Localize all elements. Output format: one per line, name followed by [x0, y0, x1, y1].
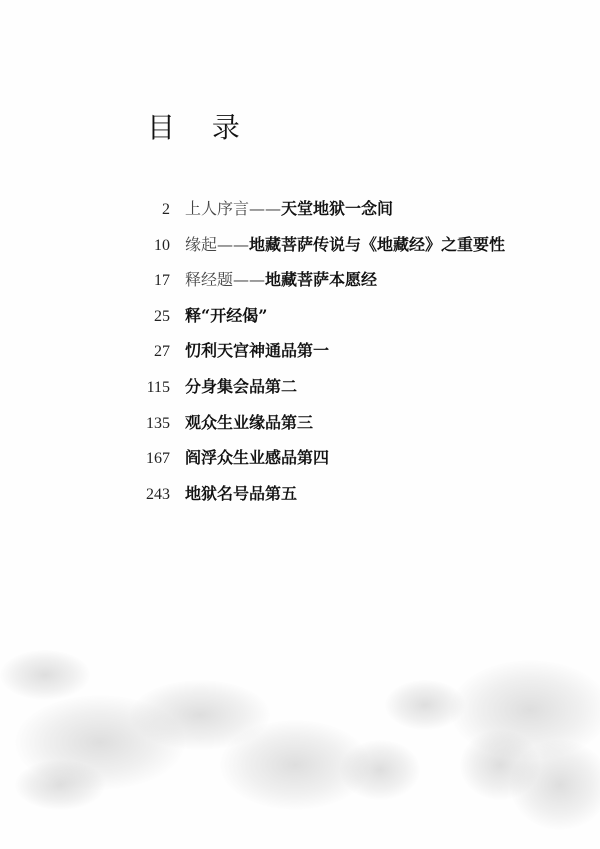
mist-mountain-illustration	[0, 640, 600, 840]
toc-entry[interactable]: 2 上人序言——天堂地狱一念间	[130, 198, 505, 234]
toc-page-number: 243	[130, 484, 170, 506]
toc-entry-title: 释经题——地藏菩萨本愿经	[185, 269, 377, 291]
toc-entry[interactable]: 25 释“开经偈”	[130, 305, 505, 341]
toc-entry-title: 地狱名号品第五	[185, 483, 297, 505]
toc-entry[interactable]: 167 阎浮众生业感品第四	[130, 447, 505, 483]
toc-entry-title: 观众生业缘品第三	[185, 412, 313, 434]
mist-patch	[15, 695, 185, 790]
toc-entry-main: 地狱名号品第五	[185, 484, 297, 503]
toc-entry[interactable]: 243 地狱名号品第五	[130, 483, 505, 519]
toc-entry-prefix: 上人序言——	[185, 199, 281, 218]
toc-entry-main: 分身集会品第二	[185, 377, 297, 396]
mist-patch	[340, 740, 420, 800]
book-page: 目 录 2 上人序言——天堂地狱一念间 10 缘起——地藏菩萨传说与《地藏经》之…	[0, 0, 600, 849]
toc-entry-prefix: 释经题——	[185, 270, 265, 289]
toc-entry-main: 天堂地狱一念间	[281, 199, 393, 218]
mist-patch	[0, 650, 90, 700]
toc-entry-prefix: 缘起——	[185, 235, 249, 254]
toc-entry[interactable]: 10 缘起——地藏菩萨传说与《地藏经》之重要性	[130, 234, 505, 270]
toc-entry[interactable]: 135 观众生业缘品第三	[130, 412, 505, 448]
mist-patch	[450, 660, 600, 760]
mist-patch	[15, 760, 105, 810]
toc-entry-title: 上人序言——天堂地狱一念间	[185, 198, 393, 220]
toc-page-number: 115	[130, 377, 170, 399]
toc-page-number: 17	[130, 270, 170, 292]
toc-entry-title: 忉利天宫神通品第一	[185, 340, 329, 362]
toc-page-number: 25	[130, 306, 170, 328]
mist-patch	[385, 680, 465, 730]
toc-entry[interactable]: 17 释经题——地藏菩萨本愿经	[130, 269, 505, 305]
toc-entry-main: 忉利天宫神通品第一	[185, 341, 329, 360]
toc-entry-main: 地藏菩萨传说与《地藏经》之重要性	[249, 235, 505, 254]
toc-page-number: 167	[130, 448, 170, 470]
toc-entry-title: 缘起——地藏菩萨传说与《地藏经》之重要性	[185, 234, 505, 256]
mist-patch	[130, 680, 270, 750]
toc-page-number: 135	[130, 413, 170, 435]
mist-patch	[460, 730, 540, 800]
toc-entry-title: 阎浮众生业感品第四	[185, 447, 329, 469]
toc-entry[interactable]: 27 忉利天宫神通品第一	[130, 340, 505, 376]
toc-page-number: 2	[130, 199, 170, 221]
toc-entry-title: 释“开经偈”	[185, 305, 267, 327]
mist-patch	[220, 720, 370, 810]
table-of-contents: 2 上人序言——天堂地狱一念间 10 缘起——地藏菩萨传说与《地藏经》之重要性 …	[130, 198, 505, 518]
toc-entry[interactable]: 115 分身集会品第二	[130, 376, 505, 412]
toc-entry-main: 观众生业缘品第三	[185, 413, 313, 432]
toc-page-number: 10	[130, 235, 170, 257]
toc-entry-main: 地藏菩萨本愿经	[265, 270, 377, 289]
toc-entry-main: 释“开经偈”	[185, 306, 267, 325]
toc-entry-title: 分身集会品第二	[185, 376, 297, 398]
page-title: 目 录	[147, 111, 254, 145]
toc-page-number: 27	[130, 341, 170, 363]
mist-patch	[510, 740, 600, 830]
toc-entry-main: 阎浮众生业感品第四	[185, 448, 329, 467]
